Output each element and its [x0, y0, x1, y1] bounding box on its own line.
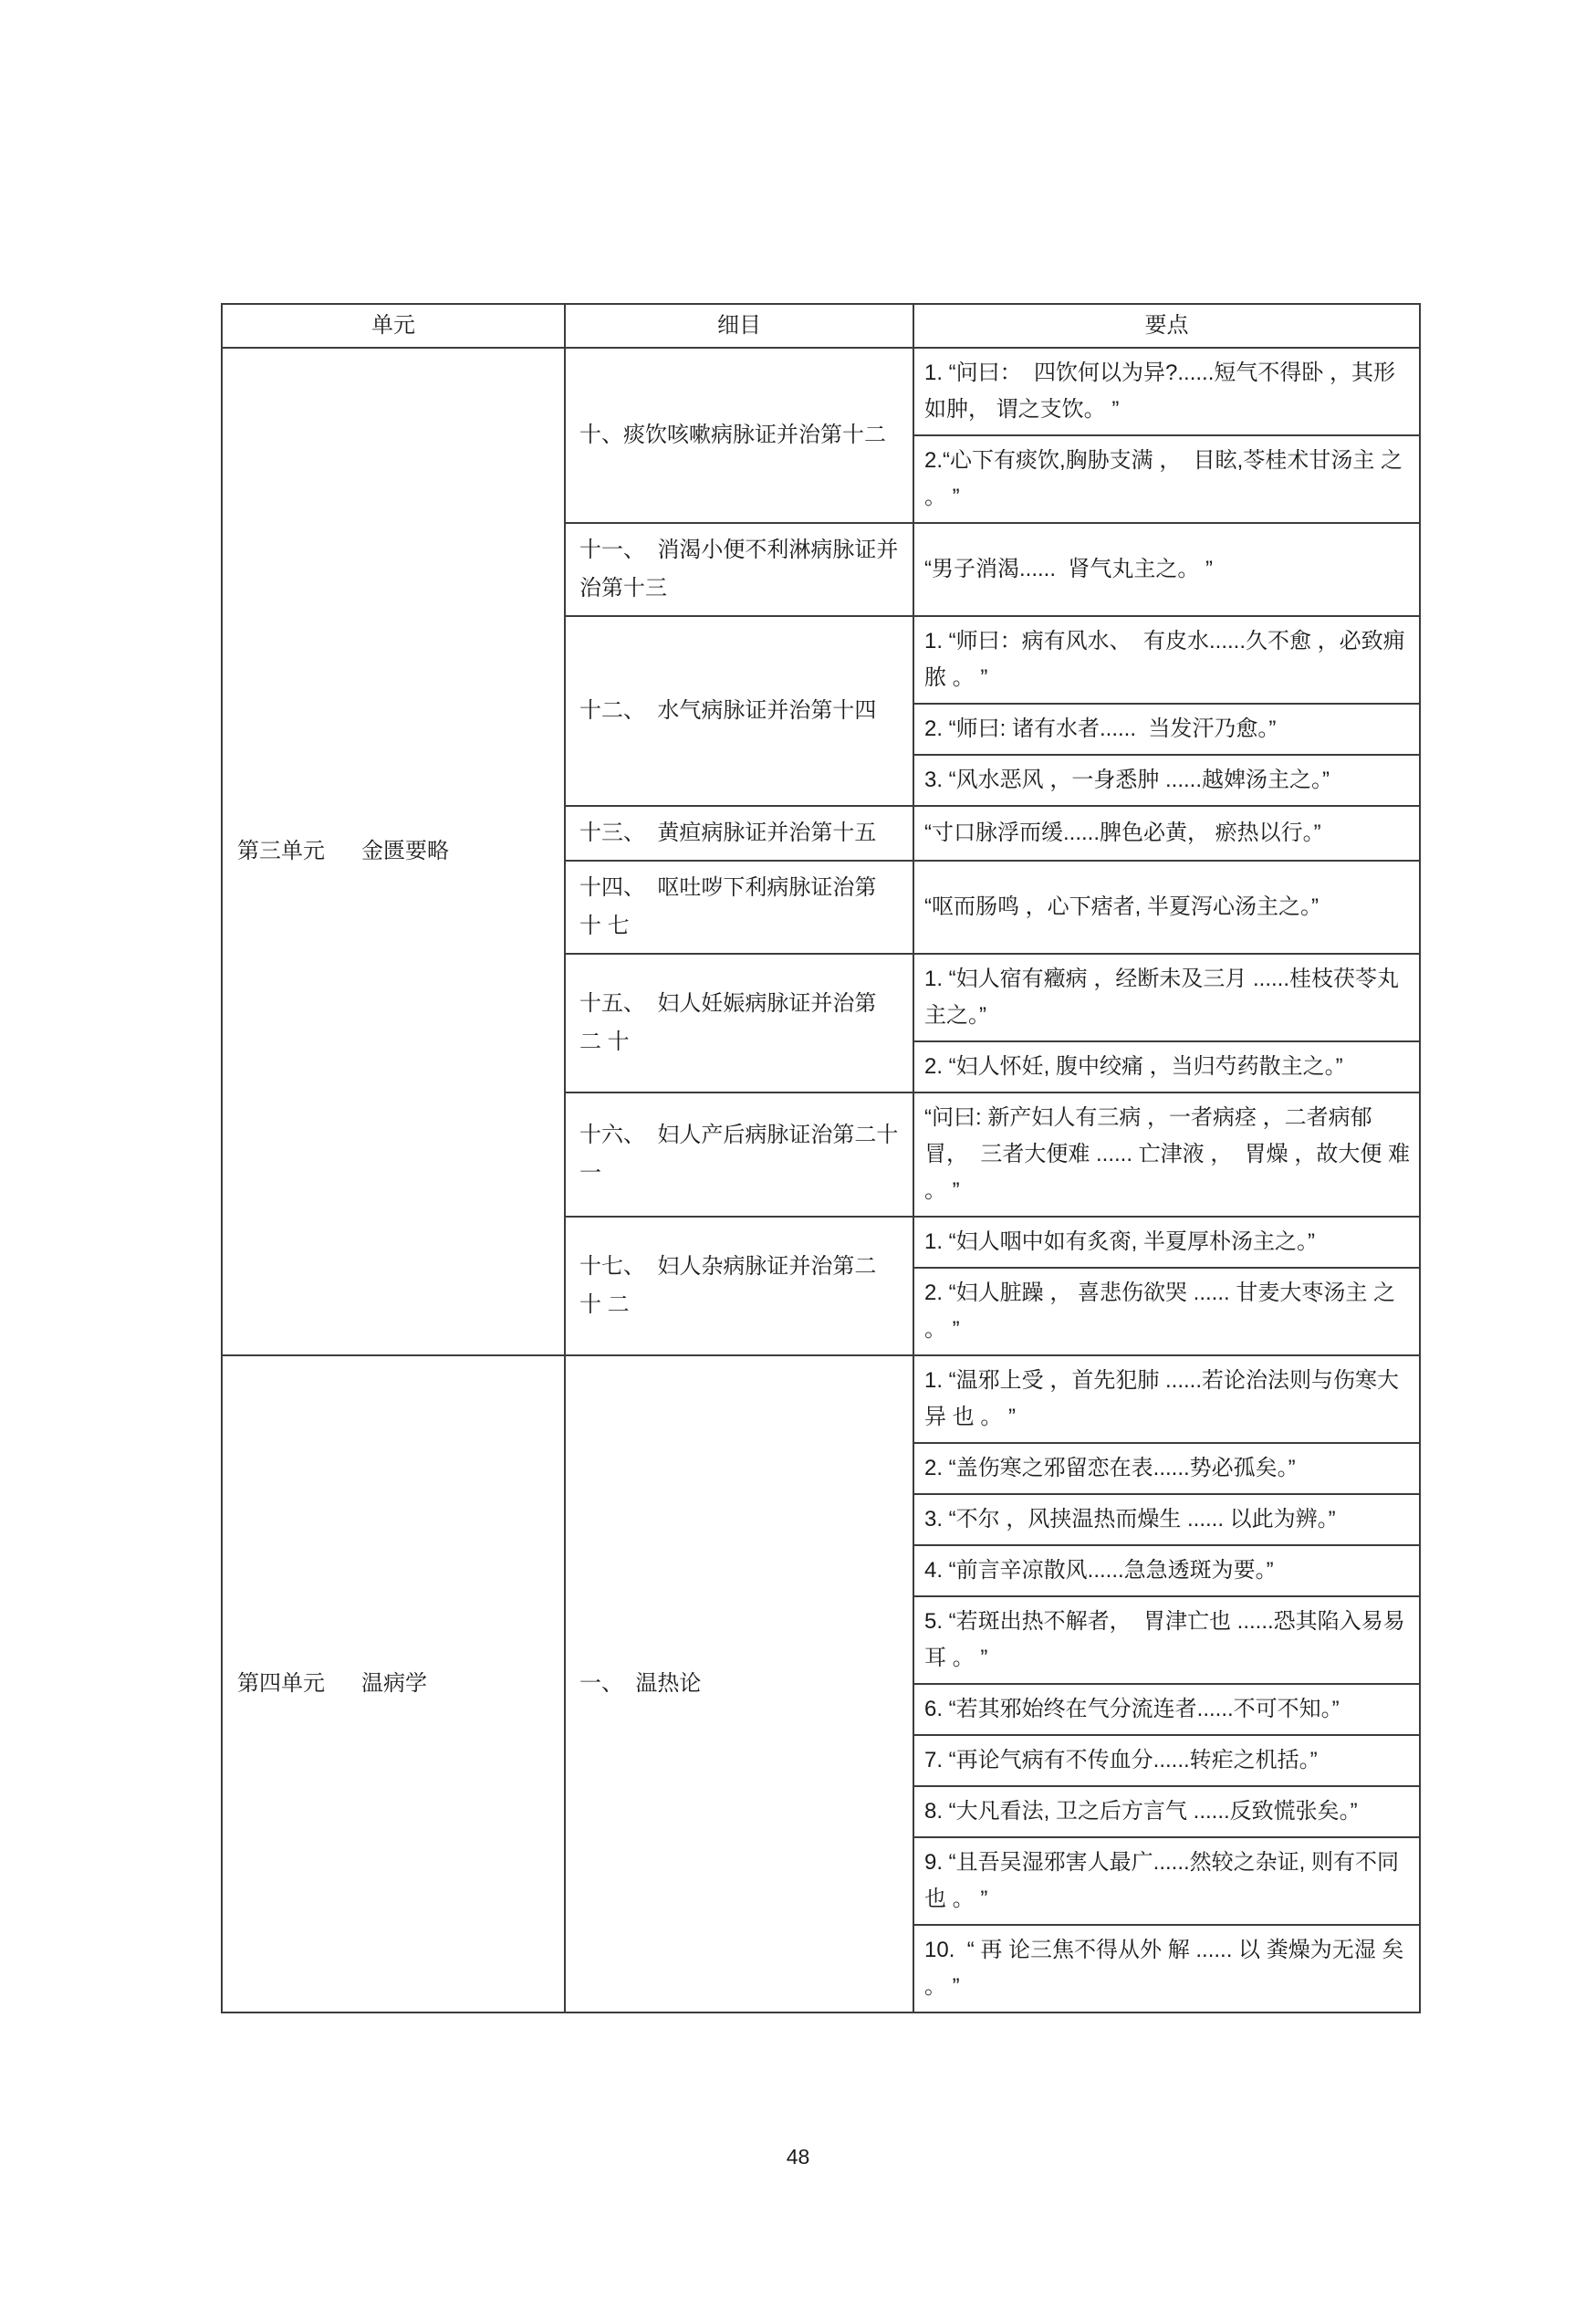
unit-label: 第四单元 [237, 1671, 325, 1696]
unit-cell: 第四单元温病学 [222, 1355, 565, 2012]
point-cell: 1. “妇人咽中如有炙脔, 半夏厚朴汤主之。” [913, 1217, 1420, 1268]
point-cell: 2. “盖伤寒之邪留恋在表......势必孤矣。” [913, 1443, 1420, 1494]
point-cell: 1. “妇人宿有癥病 ，经断未及三月 ......桂枝茯苓丸主之。” [913, 954, 1420, 1041]
point-cell: 4. “前言辛凉散风......急急透斑为要。” [913, 1545, 1420, 1596]
detail-cell: 十二、 水气病脉证并治第十四 [565, 616, 913, 806]
col-header-points: 要点 [913, 304, 1420, 348]
table-row: 第三单元金匮要略 十、痰饮咳嗽病脉证并治第十二 1. “问曰： 四饮何以为异?.… [222, 348, 1420, 435]
detail-cell: 十四、 呕吐哕下利病脉证治第 十 七 [565, 861, 913, 954]
detail-cell: 十一、 消渴小便不利淋病脉证并 治第十三 [565, 523, 913, 616]
point-cell: 3. “不尔 ，风挟温热而燥生 ...... 以此为辨。” [913, 1494, 1420, 1545]
col-header-item: 细目 [565, 304, 913, 348]
point-cell: 6. “若其邪始终在气分流连者......不可不知。” [913, 1684, 1420, 1735]
detail-cell: 十六、 妇人产后病脉证治第二十 一 [565, 1092, 913, 1217]
point-cell: 8. “大凡看法, 卫之后方言气 ......反致慌张矣。” [913, 1786, 1420, 1837]
point-cell: 2. “妇人怀妊, 腹中绞痛 ，当归芍药散主之。” [913, 1041, 1420, 1092]
point-cell: “呕而肠鸣 ，心下痞者, 半夏泻心汤主之。” [913, 861, 1420, 954]
unit-subject: 金匮要略 [361, 839, 449, 863]
point-cell: 1. “问曰： 四饮何以为异?......短气不得卧 ，其形如肿， 谓之支饮。 … [913, 348, 1420, 435]
unit-cell: 第三单元金匮要略 [222, 348, 565, 1355]
point-cell: “男子消渴...... 肾气丸主之。 ” [913, 523, 1420, 616]
point-cell: 2. “师曰: 诸有水者...... 当发汗乃愈。” [913, 704, 1420, 755]
point-cell: 1. “温邪上受 ，首先犯肺 ......若论治法则与伤寒大异 也 。 ” [913, 1355, 1420, 1443]
detail-cell: 十七、 妇人杂病脉证并治第二 十 二 [565, 1217, 913, 1355]
col-header-unit: 单元 [222, 304, 565, 348]
detail-cell: 十五、 妇人妊娠病脉证并治第 二 十 [565, 954, 913, 1092]
unit-label: 第三单元 [237, 839, 325, 863]
point-cell: 7. “再论气病有不传血分......转疟之机括。” [913, 1735, 1420, 1786]
unit-subject: 温病学 [361, 1671, 427, 1696]
detail-cell: 十三、 黄疸病脉证并治第十五 [565, 806, 913, 861]
table-row: 第四单元温病学 一、 温热论 1. “温邪上受 ，首先犯肺 ......若论治法… [222, 1355, 1420, 1443]
detail-cell: 一、 温热论 [565, 1355, 913, 2012]
point-cell: “问曰: 新产妇人有三病 ，一者病痉 ，二者病郁 冒， 三者大便难 ......… [913, 1092, 1420, 1217]
point-cell: 5. “若斑出热不解者， 胃津亡也 ......恐其陷入易易耳 。 ” [913, 1596, 1420, 1684]
detail-cell: 十、痰饮咳嗽病脉证并治第十二 [565, 348, 913, 523]
point-cell: “寸口脉浮而缓......脾色必黄， 瘀热以行。” [913, 806, 1420, 861]
document-page: 单元 细目 要点 第三单元金匮要略 十、痰饮咳嗽病脉证并治第十二 1. “问曰：… [0, 0, 1596, 2300]
syllabus-table: 单元 细目 要点 第三单元金匮要略 十、痰饮咳嗽病脉证并治第十二 1. “问曰：… [221, 303, 1421, 2013]
point-cell: 1. “师曰：病有风水、 有皮水......久不愈 ，必致痈脓 。 ” [913, 616, 1420, 704]
page-number: 48 [0, 2145, 1596, 2169]
point-cell: 3. “风水恶风 ，一身悉肿 ......越婢汤主之。” [913, 755, 1420, 806]
point-cell: 2.“心下有痰饮,胸胁支满 ， 目眩,苓桂术甘汤主 之 。 ” [913, 435, 1420, 523]
point-cell: 2. “妇人脏躁 ， 喜悲伤欲哭 ...... 甘麦大枣汤主 之 。 ” [913, 1268, 1420, 1355]
header-row: 单元 细目 要点 [222, 304, 1420, 348]
point-cell: 9. “且吾吴湿邪害人最广......然较之杂证, 则有不同 也 。 ” [913, 1837, 1420, 1925]
point-cell: 10. “ 再 论三焦不得从外 解 ...... 以 粪燥为无湿 矣 。 ” [913, 1925, 1420, 2012]
